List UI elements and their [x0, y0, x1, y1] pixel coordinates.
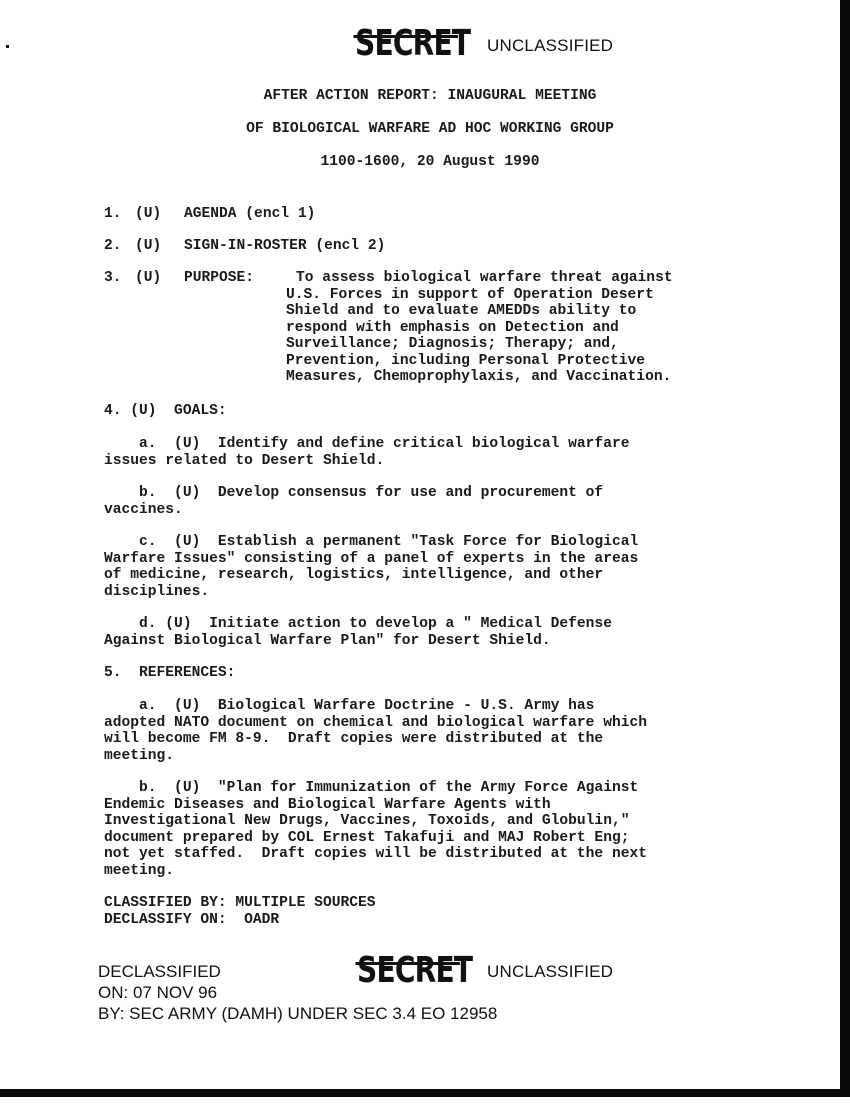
scan-artifact-dot — [6, 45, 9, 48]
purpose-line: Surveillance; Diagnosis; Therapy; and, — [286, 336, 619, 353]
item-2-classification: (U) — [135, 238, 161, 255]
classified-by: CLASSIFIED BY: MULTIPLE SOURCES — [104, 895, 376, 912]
goal-c-line: Warfare Issues" consisting of a panel of… — [104, 551, 638, 568]
declassify-on: DECLASSIFY ON: OADR — [104, 912, 279, 929]
reference-b-line: not yet staffed. Draft copies will be di… — [104, 846, 647, 863]
reference-b-line: meeting. — [104, 863, 174, 880]
item-1-classification: (U) — [135, 206, 161, 223]
report-title-line-2: OF BIOLOGICAL WARFARE AD HOC WORKING GRO… — [5, 121, 850, 137]
unclassified-label: UNCLASSIFIED — [487, 36, 613, 56]
secret-struck-stamp: SECRET — [355, 26, 449, 62]
purpose-line: To assess biological warfare threat agai… — [296, 270, 673, 287]
goal-c-line: c. (U) Establish a permanent "Task Force… — [104, 534, 638, 551]
references-heading: 5. REFERENCES: — [104, 665, 235, 682]
purpose-line: Measures, Chemoprophylaxis, and Vaccinat… — [286, 369, 671, 386]
goal-a-line: a. (U) Identify and define critical biol… — [104, 436, 629, 453]
header-classification-stamp: SECRET UNCLASSIFIED — [355, 26, 613, 62]
reference-a-line: meeting. — [104, 748, 174, 765]
purpose-line: respond with emphasis on Detection and — [286, 320, 619, 337]
reference-b-line: b. (U) "Plan for Immunization of the Arm… — [104, 780, 638, 797]
purpose-line: Prevention, including Personal Protectiv… — [286, 353, 645, 370]
declassified-date: ON: 07 NOV 96 — [98, 983, 217, 1002]
item-2-sign-in-roster: SIGN-IN-ROSTER (encl 2) — [184, 238, 385, 255]
secret-struck-stamp: SECRET — [357, 953, 451, 989]
goal-b-line: b. (U) Develop consensus for use and pro… — [104, 485, 603, 502]
reference-b-line: Endemic Diseases and Biological Warfare … — [104, 797, 551, 814]
declassification-authority: BY: SEC ARMY (DAMH) UNDER SEC 3.4 EO 129… — [98, 1004, 497, 1023]
purpose-line: Shield and to evaluate AMEDDs ability to — [286, 303, 636, 320]
declassified-label: DECLASSIFIED — [98, 962, 221, 981]
purpose-line: U.S. Forces in support of Operation Dese… — [286, 287, 654, 304]
document-page: SECRET UNCLASSIFIED AFTER ACTION REPORT:… — [0, 0, 850, 1107]
purpose-number: 3. — [104, 270, 122, 287]
goal-c-line: disciplines. — [104, 584, 209, 601]
purpose-classification: (U) — [135, 270, 161, 287]
goal-d-line: Against Biological Warfare Plan" for Des… — [104, 633, 551, 650]
goals-heading: 4. (U) GOALS: — [104, 403, 227, 420]
reference-a-line: a. (U) Biological Warfare Doctrine - U.S… — [104, 698, 594, 715]
unclassified-label: UNCLASSIFIED — [487, 962, 613, 982]
report-title-line-1: AFTER ACTION REPORT: INAUGURAL MEETING — [5, 88, 850, 104]
purpose-label: PURPOSE: — [184, 270, 254, 287]
reference-a-line: adopted NATO document on chemical and bi… — [104, 715, 647, 732]
reference-b-line: document prepared by COL Ernest Takafuji… — [104, 830, 629, 847]
item-1-number: 1. — [104, 206, 122, 223]
item-1-agenda: AGENDA (encl 1) — [184, 206, 315, 223]
goal-b-line: vaccines. — [104, 502, 183, 519]
goal-a-line: issues related to Desert Shield. — [104, 453, 384, 470]
reference-a-line: will become FM 8-9. Draft copies were di… — [104, 731, 603, 748]
item-2-number: 2. — [104, 238, 122, 255]
footer-classification-stamp: SECRET UNCLASSIFIED — [357, 953, 613, 989]
goal-c-line: of medicine, research, logistics, intell… — [104, 567, 603, 584]
scan-border-bottom — [0, 1089, 850, 1097]
reference-b-line: Investigational New Drugs, Vaccines, Tox… — [104, 813, 629, 830]
goal-d-line: d. (U) Initiate action to develop a " Me… — [104, 616, 612, 633]
report-date-line: 1100-1600, 20 August 1990 — [5, 154, 850, 170]
